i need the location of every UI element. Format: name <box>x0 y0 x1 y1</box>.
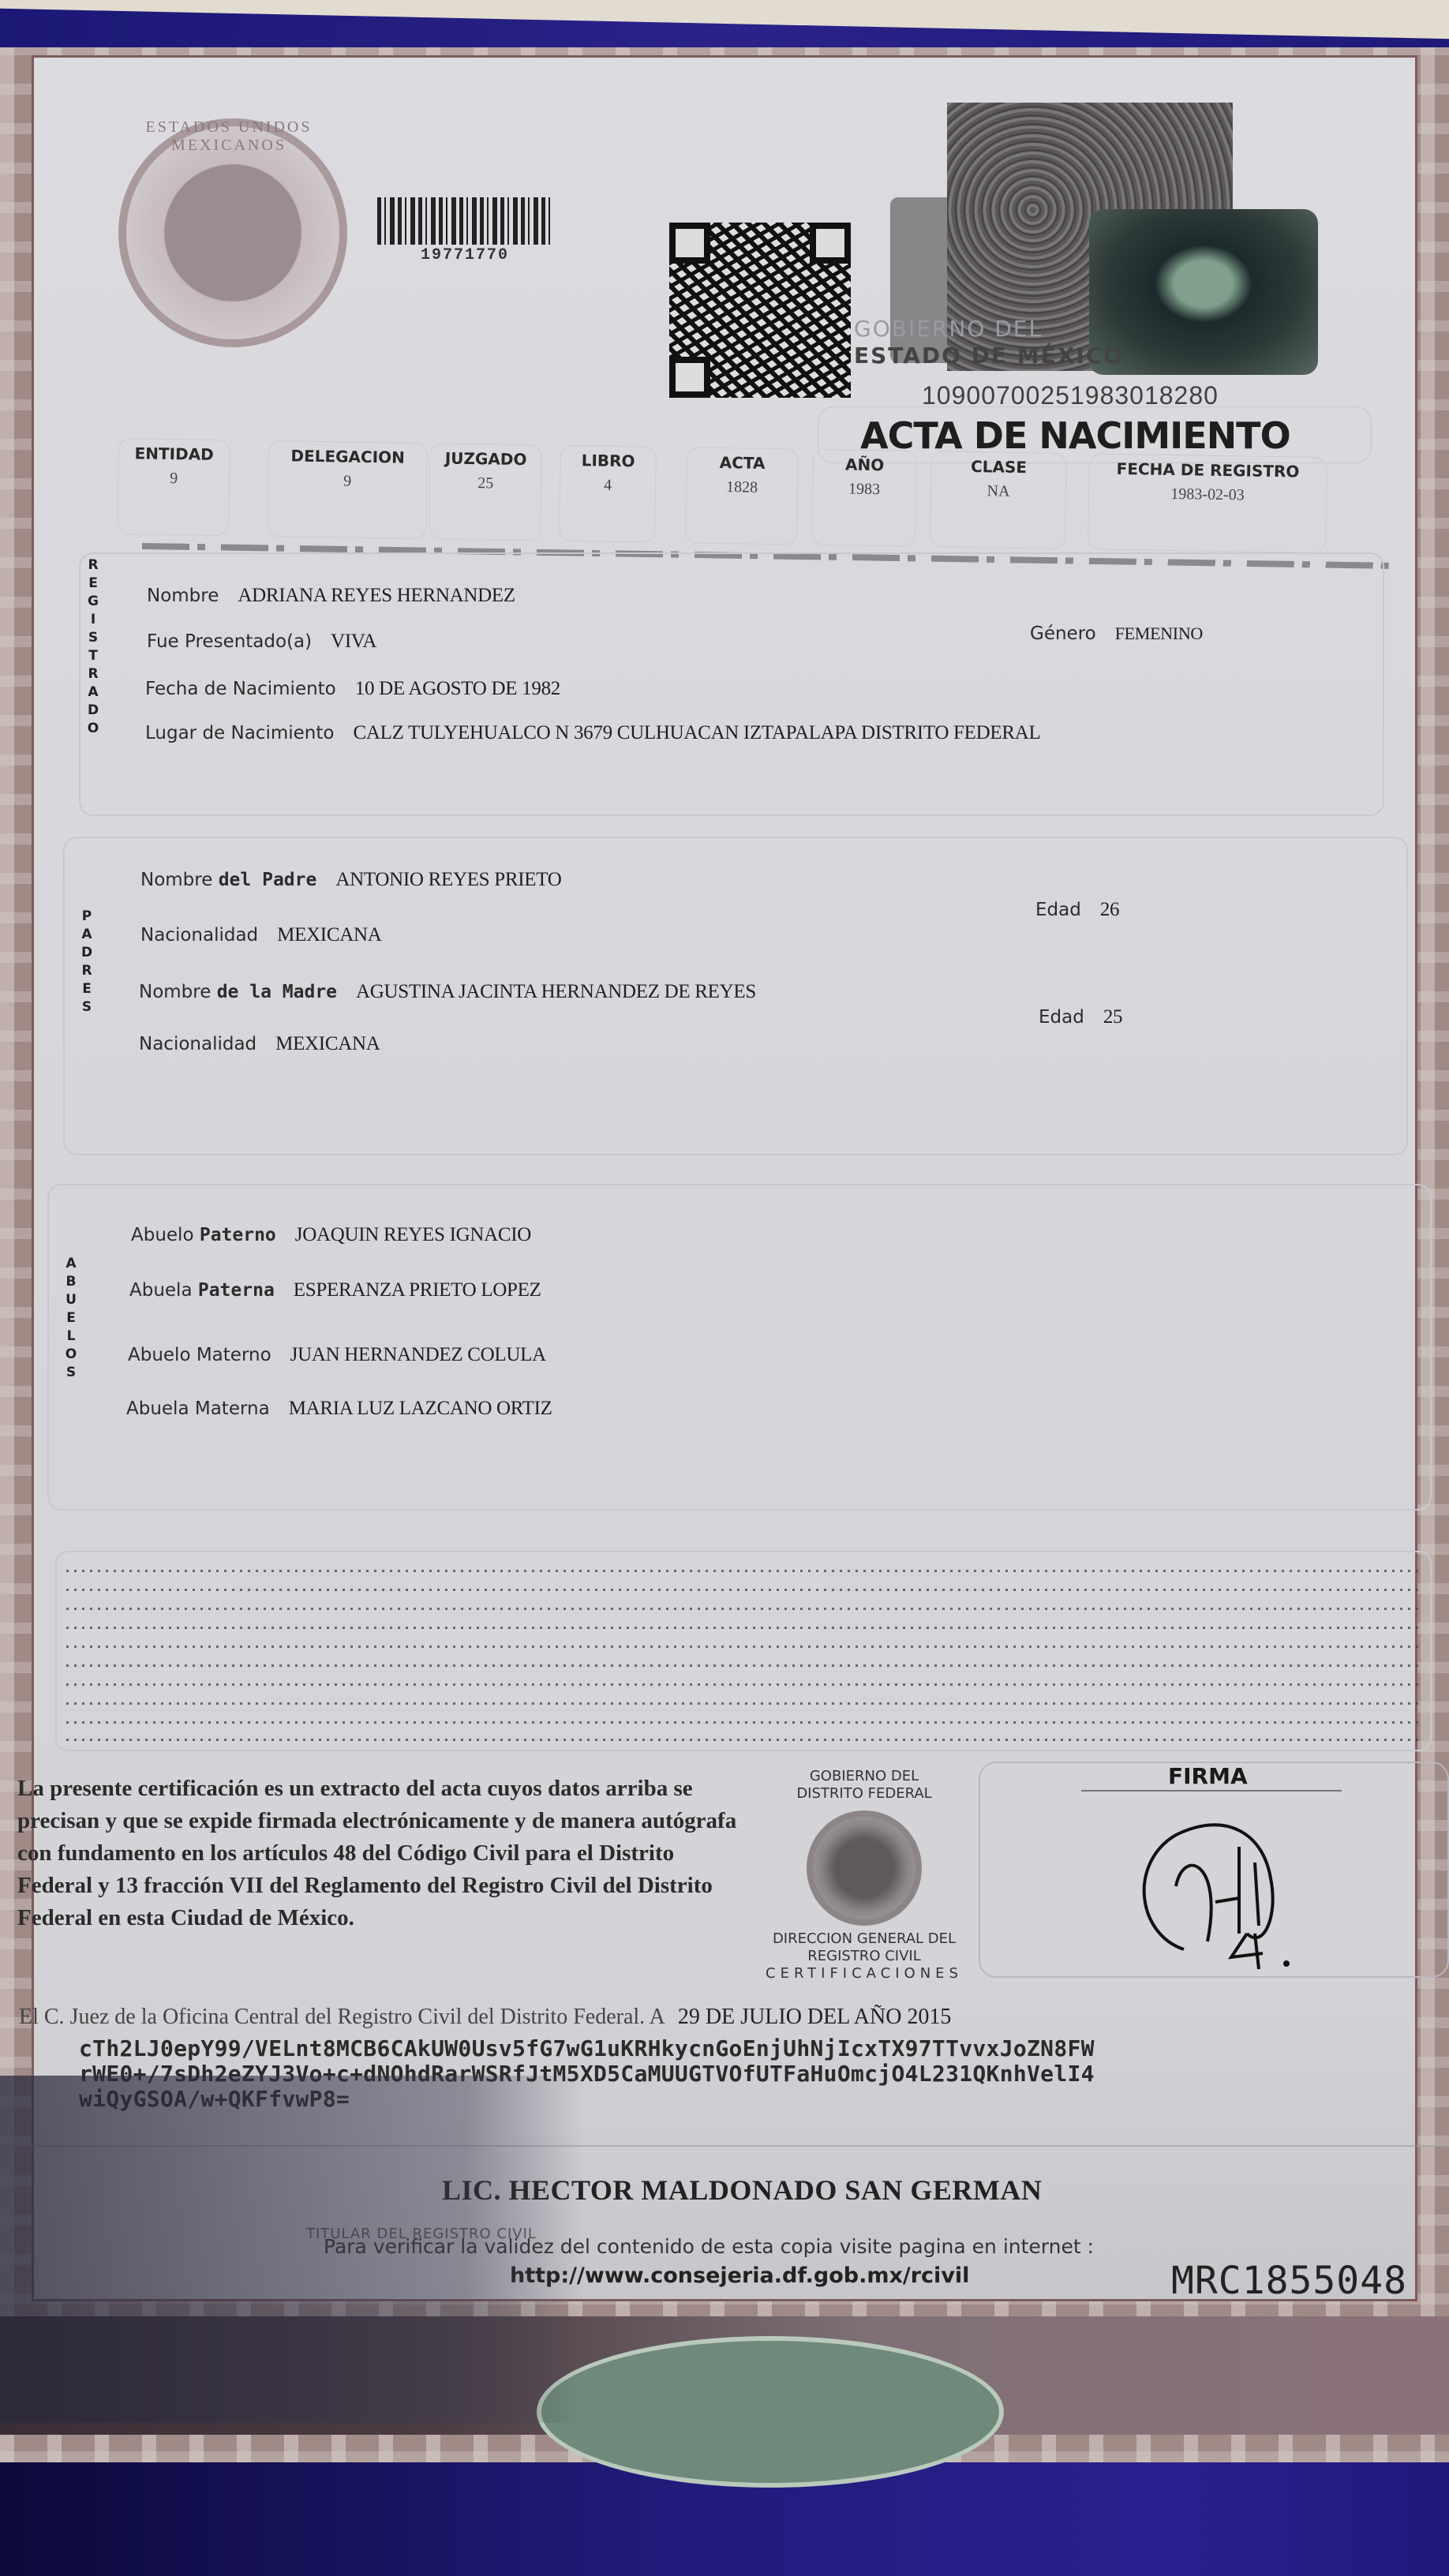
issuer-header: GOBIERNO DEL ESTADO DE MÉXICO <box>854 316 1124 369</box>
registration-data-row: ENTIDAD9 DELEGACION9 JUZGADO25 LIBRO4 AC… <box>117 438 1350 560</box>
row-abuela-paterna: Abuela PaternaESPERANZA PRIETO LOPEZ <box>129 1277 541 1301</box>
issuer-line-2: ESTADO DE MÉXICO <box>854 343 1124 369</box>
annotation-line <box>66 1664 1424 1667</box>
direccion-line-1: DIRECCION GENERAL DEL <box>746 1930 983 1948</box>
issuer-line-1: GOBIERNO DEL <box>854 316 1124 343</box>
qr-code-icon <box>669 223 851 398</box>
row-abuelo-materno: Abuelo MaternoJUAN HERNANDEZ COLULA <box>128 1342 546 1366</box>
annotation-line <box>66 1570 1424 1572</box>
row-abuela-materna: Abuela MaternaMARIA LUZ LAZCANO ORTIZ <box>126 1395 552 1420</box>
firma-rule <box>1081 1790 1342 1792</box>
annotation-line <box>66 1739 1424 1741</box>
gdf-seal-icon <box>807 1810 922 1926</box>
barcode-icon <box>377 197 552 245</box>
annotation-line <box>66 1702 1424 1705</box>
row-madre-nacionalidad: NacionalidadMEXICANA <box>139 1031 380 1055</box>
bottom-security-oval <box>537 2336 1004 2488</box>
annotation-line <box>66 1721 1424 1724</box>
side-label-registrado: REGISTRADO <box>85 556 101 738</box>
row-madre-edad: Edad25 <box>1039 1004 1122 1028</box>
field-acta: ACTA1828 <box>685 447 799 545</box>
field-libro: LIBRO4 <box>559 445 657 543</box>
annotation-line <box>66 1683 1424 1686</box>
row-padre: Nombre del PadreANTONIO REYES PRIETO <box>140 867 561 891</box>
annotation-line <box>66 1589 1424 1591</box>
row-lugar-nacimiento: Lugar de NacimientoCALZ TULYEHUALCO N 36… <box>145 720 1040 744</box>
annotation-line <box>66 1627 1424 1629</box>
gdf-line-2: DISTRITO FEDERAL <box>746 1785 983 1803</box>
gdf-seal-block: GOBIERNO DEL DISTRITO FEDERAL DIRECCION … <box>746 1768 983 1983</box>
row-presentado: Fue Presentado(a)VIVA <box>147 628 376 653</box>
photo-shadow <box>0 2076 584 2423</box>
signature-icon <box>1129 1815 1334 1973</box>
barcode-number: 19771770 <box>377 246 552 264</box>
row-abuelo-paterno: Abuelo PaternoJOAQUIN REYES IGNACIO <box>131 1222 531 1246</box>
hash-line: cTh2LJ0epY99/VELnt8MCB6CAkUW0Usv5fG7wG1u… <box>79 2036 1095 2061</box>
field-juzgado: JUZGADO25 <box>429 443 542 541</box>
judge-statement: El C. Juez de la Oficina Central del Reg… <box>19 2005 951 2030</box>
firma-label: FIRMA <box>1168 1763 1248 1789</box>
direccion-line-2: REGISTRO CIVIL <box>746 1948 983 1965</box>
field-delegacion: DELEGACION9 <box>267 440 428 539</box>
side-label-padres: PADRES <box>79 908 95 1017</box>
issue-date: 29 DE JULIO DEL AÑO 2015 <box>678 2005 952 2029</box>
row-nombre: NombreADRIANA REYES HERNANDEZ <box>147 582 515 607</box>
side-label-abuelos: ABUELOS <box>63 1255 79 1382</box>
annotations-box <box>55 1551 1432 1751</box>
legal-text: La presente certificación es un extracto… <box>17 1773 743 1934</box>
row-madre: Nombre de la MadreAGUSTINA JACINTA HERNA… <box>139 979 756 1003</box>
row-genero: GéneroFEMENINO <box>1030 620 1203 645</box>
field-clase: CLASENA <box>930 451 1067 549</box>
row-fecha-nacimiento: Fecha de Nacimiento10 DE AGOSTO DE 1982 <box>145 676 560 700</box>
field-anio: AÑO1983 <box>811 449 917 547</box>
row-padre-edad: Edad26 <box>1035 897 1119 921</box>
direccion-line-3: CERTIFICACIONES <box>746 1965 983 1983</box>
serial-number: MRC1855048 <box>1171 2259 1407 2303</box>
annotation-line <box>66 1608 1424 1610</box>
field-entidad: ENTIDAD9 <box>117 438 230 536</box>
seal-text: ESTADOS UNIDOS MEXICANOS <box>134 118 324 155</box>
annotation-line <box>66 1646 1424 1648</box>
row-padre-nacionalidad: NacionalidadMEXICANA <box>140 922 381 946</box>
field-fecha-registro: FECHA DE REGISTRO1983-02-03 <box>1088 453 1327 553</box>
gdf-line-1: GOBIERNO DEL <box>746 1768 983 1785</box>
